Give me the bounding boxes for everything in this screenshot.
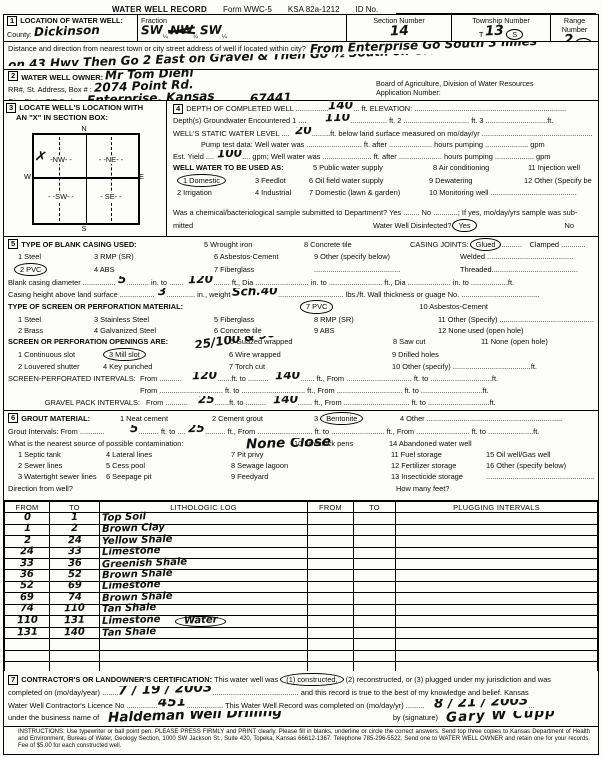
lith-description-value: Tan Shale [102,627,157,638]
screen-interval-to: 140 [275,372,300,382]
plugging-empty-cell [396,593,598,604]
zip-value: 67441 [250,92,292,101]
plugging-empty-cell [396,536,598,547]
interval-mid: .......ft. to .......... [215,397,273,408]
quadrant-ne: - -NE- - [98,156,124,164]
lith-to-value: 1 [71,513,78,522]
locator-title-2: AN "X" IN SECTION BOX: [6,113,164,122]
plugging-empty-cell [308,570,354,581]
lith-to-cell: 110 [50,604,100,615]
table-row: 131140Tan Shale [5,627,598,638]
gravel-interval-to: 140 [273,396,298,406]
use-option-10: 10 Monitoring well .....................… [429,187,592,198]
x-mark: ✗ [33,148,48,166]
screen-option-7-circled: 7 PVC [300,300,333,313]
material-option-6: 6 Concrete tile [214,325,314,336]
interval-blank-line: From ............................... ft.… [140,385,594,396]
joints-label: CASING JOINTS: [410,239,469,250]
plugging-empty-cell [396,513,598,524]
use-option-8: 8 Air conditioning [433,162,528,173]
section-box: N -NW- - - -NE- - - -SW- - - SE- - ✗ W E [6,124,156,233]
groundwater-label: Depth(s) Groundwater Encountered 1 .... [173,115,325,126]
contamination-option-15: 15 Oil well/Gas well [486,449,594,460]
form-body: 1LOCATION OF WATER WELL: County: Dickins… [3,14,599,755]
contamination-option-1: 1 Septic tank [18,449,106,460]
empty-cell [100,662,308,671]
compass-s: S [32,225,136,233]
casing-option-1: 1 Steel [18,251,94,262]
empty-cell [396,662,598,671]
lith-from-value: 24 [20,547,34,556]
lith-description-value: Limestone [102,546,161,557]
plugging-empty-cell [354,513,396,524]
lith-to-value: 110 [64,604,85,614]
plugging-empty-cell [354,524,396,535]
range-value: 2 [564,32,574,41]
square-vertical-line [86,135,87,223]
use-option-9: 9 Dewatering [429,175,524,186]
range-cell: Range Number R 2 EW [550,15,598,41]
quarter-mark: ¼ [163,34,168,40]
table-header-row: FROM TO LITHOLOGIC LOG FROM TO PLUGGING … [5,502,598,513]
quadrant-se: - SE- - [99,193,122,201]
header-to-2: TO [354,502,396,513]
dashed-line-left [59,137,60,221]
screen-option-10: 10 Asbestos-Cement [419,301,488,312]
fraction-sw1: SW [141,23,163,38]
grout-mid: .......... ft. to .... [138,426,188,437]
lith-description-value: Brown Shale [102,569,173,580]
casing-option-8: 8 Concrete tile [304,239,410,250]
table-row: 3336Greenish Shale [5,558,598,569]
lith-from-value: 74 [20,604,34,613]
distance-value-1: From Enterprise Go South 3 miles [310,42,537,54]
casing-title: TYPE OF BLANK CASING USED: [21,240,136,249]
lith-to-value: 24 [67,536,81,545]
plugging-empty-cell [354,593,396,604]
plugging-empty-cell [354,627,396,638]
contamination-option-16-blank: ........................................… [486,471,594,482]
lith-from-value: 33 [20,558,34,567]
city-value: Enterprise, Kansas [87,91,215,101]
height-mid: .............. in., weight [166,289,232,300]
constructed-circled: (1) constructed, [280,673,343,686]
contamination-option-3: 3 Watertight sewer lines [18,471,106,482]
joints-welded: Welded .................................… [460,251,594,262]
material-option-4: 4 Galvanized Steel [94,325,214,336]
openings-option-4: 4 Key punched [103,361,229,372]
openings-option-8: 8 Saw cut [393,336,481,347]
section-2-number: 2 [8,71,18,81]
empty-cell [50,662,100,671]
owner-title: WATER WELL OWNER: [21,73,103,82]
lith-from-value: 110 [16,616,37,626]
use-option-5: 5 Public water supply [313,162,433,173]
table-row: 3652Brown Shale [5,570,598,581]
grout-intervals-label: Grout Intervals: From ............ [8,426,130,437]
section-number-value: 14 [389,23,408,40]
certification-text-b: (2) reconstructed, or (3) plugged under … [346,674,594,685]
material-option-12: 12 None used (open hole) [438,325,594,336]
section-number-cell: Section Number 14 [346,15,451,41]
lith-to-value: 36 [67,558,81,567]
certification-text-a: This water well was [214,674,278,685]
completed-on-rest: ........................................… [212,687,594,698]
grout-option-1: 1 Neat cement [120,413,212,424]
openings-option-2: 2 Louvered shutter [18,361,103,372]
openings-option-3-circled: 3 Mill slot [103,348,229,361]
height-label: Casing height above land surface .......… [8,289,158,300]
plugging-empty-cell [308,547,354,558]
empty-cell [308,662,354,671]
weight-value: Sch.40 [232,288,278,298]
section-3-number: 3 [6,103,16,113]
range-r: R [557,39,562,41]
lith-from-value: 69 [20,593,34,602]
plugging-empty-cell [396,627,598,638]
interval-end: ....... ft., From ......................… [298,397,594,408]
lith-to-cell: 131 [50,615,100,627]
section-6-number: 6 [8,413,18,423]
township-cell: Township Number T 13 S [451,15,550,41]
disinfected-label: Water Well Disinfected? [373,220,451,231]
empty-cell [5,639,50,650]
licence-label: Water Well Contractor's Licence No .....… [8,700,158,711]
casing-option-3: 3 RMP (SR) [94,251,214,262]
openings-option-11: 11 None (open hole) [481,336,594,347]
lith-description-value: Limestone [102,615,161,626]
lith-from-cell: 52 [5,581,50,592]
quarter-mark: ¼ [193,34,198,40]
empty-cell [50,639,100,650]
empty-cell [50,650,100,661]
casing-option-9-blank: ........................................… [314,264,460,275]
section-location: 1LOCATION OF WATER WELL: County: Dickins… [4,15,598,70]
height-rest: ................................ lbs./ft… [278,289,594,300]
section-casing: 5TYPE OF BLANK CASING USED: 5 Wrought ir… [4,237,598,411]
plugging-empty-cell [354,581,396,592]
fraction-sw2: SW [200,23,222,38]
distance-direction: Distance and direction from nearest town… [4,42,598,69]
section-owner: 2WATER WELL OWNER: Mr Tom Diehl RR#, St.… [4,70,598,101]
plugging-empty-cell [308,627,354,638]
yield-label: Est. Yield .... [173,151,217,162]
contamination-option-5: 5 Cess pool [106,460,231,471]
locator-title-1: LOCATE WELL'S LOCATION WITH [19,103,143,112]
empty-cell [308,650,354,661]
table-row: 01Top Soil [5,513,598,524]
sample-question: Was a chemical/bacteriological sample su… [173,207,592,218]
header-from-2: FROM [308,502,354,513]
openings-option-9: 9 Drilled holes [392,349,594,360]
joints-clamped: Clamped ............ [529,239,594,250]
openings-option-6: 6 Wire wrapped [229,349,392,360]
form-id-label: ID No. [356,5,379,14]
grout-option-3-circled: 3 Bentonite [314,412,400,425]
lith-to-value: 2 [71,524,78,533]
diameter-value: 5 [118,276,127,285]
lith-description-value: Brown Shale [102,592,173,603]
plugging-empty-cell [354,536,396,547]
disinfected-yes: Yes [458,221,470,230]
section-location-depth-row: 3LOCATE WELL'S LOCATION WITH AN "X" IN S… [4,101,598,237]
lith-from-value: 131 [16,627,37,637]
sample-question-cont: mitted [173,220,373,231]
plugging-empty-cell [396,558,598,569]
yield-rest: .... gpm; Well water was ...............… [242,151,592,162]
business-name-value: Haldeman Well Drilling [108,711,328,724]
county-value: Dickinson [34,23,100,39]
use-option-4: 4 Industrial [255,187,309,198]
record-date-value: 8 / 21 / 2003 [434,699,529,710]
lith-from-value: 36 [20,570,34,579]
interval-from-label: From ........... [140,373,192,384]
gravel-intervals-label: GRAVEL PACK INTERVALS: [8,397,146,408]
plugging-empty-cell [308,593,354,604]
lith-description-value: Greenish Shale [102,557,187,569]
groundwater-value: 110 [325,114,350,124]
township-t: T [479,30,483,39]
plugging-empty-cell [396,570,598,581]
empty-cell [308,639,354,650]
application-number-label: Application Number: [376,88,594,97]
lith-from-cell: 24 [5,547,50,558]
disinfected-yes-circled: Yes [452,219,476,232]
lith-description-cell: Tan Shale [100,604,308,615]
casing-option-2: 2 PVC [20,265,41,274]
plugging-empty-cell [354,558,396,569]
section-5-number: 5 [8,239,18,249]
grout-rest: .......... ft., From ...................… [205,426,594,437]
water-well-record-form: WATER WELL RECORD Form WWC-5 KSA 82a-121… [0,0,602,757]
casing-option-6: 6 Asbestos-Cement [214,251,314,262]
direction-from-well-label: Direction from well? [8,483,396,494]
plugging-empty-cell [308,558,354,569]
lith-to-value: 140 [64,627,85,637]
material-option-5: 5 Fiberglass [214,314,314,325]
openings-option-1: 1 Continuous slot [18,349,103,360]
form-title-bar: WATER WELL RECORD Form WWC-5 KSA 82a-121… [0,0,602,14]
diameter-to-value: 120 [188,276,213,286]
lith-description-value: Brown Clay [102,523,165,534]
depth-value: 140 [328,102,353,112]
contamination-option-12: 12 Fertilizer storage [391,460,486,471]
compass-n: N [32,124,136,133]
plugging-empty-cell [308,581,354,592]
section-box-locator: 3LOCATE WELL'S LOCATION WITH AN "X" IN S… [4,101,167,236]
lith-from-cell: 74 [5,604,50,615]
empty-cell [5,650,50,661]
contamination-option-4: 4 Lateral lines [106,449,231,460]
elevation-label: ... ft. ELEVATION: .....................… [353,103,592,114]
casing-option-2-circled: 2 PVC [14,263,94,276]
joints-glued-circled: Glued [470,238,502,251]
grout-option-3-num: 3 [314,414,318,423]
fraction-nw-scratched: NW [170,23,194,38]
empty-cell [100,639,308,650]
material-option-8: 8 RMP (SR) [314,314,438,325]
empty-cell [354,639,396,650]
table-row: 74110Tan Shale [5,604,598,615]
table-row-empty [5,639,598,650]
static-level-label: WELL'S STATIC WATER LEVEL .... [173,128,295,139]
empty-cell [354,662,396,671]
lith-description-value: Top Soil [102,512,146,523]
lith-description-cell: Limestone [100,547,308,558]
lith-to-value: 69 [67,581,81,590]
record-completed-label: .................. This Water Well Recor… [186,700,434,711]
plugging-empty-cell [396,615,598,627]
contamination-option-14: 14 Abandoned water well [389,438,594,449]
empty-cell [396,639,598,650]
lith-from-value: 1 [23,524,30,533]
empty-cell [354,650,396,661]
range-e-circled: E [575,38,592,41]
plugging-empty-cell [308,604,354,615]
static-level-value: 20 [295,127,312,137]
township-s-circled: S [506,29,523,40]
diameter-label: Blank casing diameter ................ [8,277,118,288]
contamination-option-11: 11 Fuel storage [391,449,486,460]
owner-left: 2WATER WELL OWNER: Mr Tom Diehl RR#, St.… [4,70,372,100]
contamination-option-13: 13 Insecticide storage [391,471,486,482]
lith-from-value: 52 [20,581,34,590]
use-label: WELL WATER TO BE USED AS: [173,162,313,173]
lith-description-value: Tan Shale [102,603,157,614]
material-option-2: 2 Brass [18,325,94,336]
grout-option-2: 2 Cement grout [212,413,314,424]
board-line: Board of Agriculture, Division of Water … [376,79,594,88]
yield-value: 100 [217,150,242,160]
lith-to-value: 52 [67,570,81,579]
empty-cell [5,662,50,671]
lith-description-cell: LimestoneWater [100,615,308,627]
static-level-rest: .........ft. below land surface measured… [312,128,592,139]
material-option-9: 9 ABS [314,325,438,336]
empty-cell [396,650,598,661]
contamination-value: None Close [246,438,331,449]
groundwater-rest: .................. ft. 2 ...............… [350,115,592,126]
material-option-1: 1 Steel [18,314,94,325]
disinfected-no: No [565,220,574,231]
pump-test-line: Pump test data: Well water was .........… [201,139,592,150]
lith-description-value: Limestone [102,580,161,591]
table-row: 224Yellow Shale [5,536,598,547]
lith-to-value: 131 [64,616,85,626]
form-title: WATER WELL RECORD [112,5,207,14]
section-grout: 6GROUT MATERIAL: 1 Neat cement 2 Cement … [4,411,598,501]
lith-to-value: 74 [67,593,81,602]
lith-table-body: 01Top Soil12Brown Clay224Yellow Shale243… [5,513,598,671]
plugging-empty-cell [396,547,598,558]
use-option-1-circled: 1 Domestic [177,174,255,187]
section-7-number: 7 [8,675,18,685]
plugging-empty-cell [308,513,354,524]
use-option-1: 1 Domestic [183,176,220,185]
screen-interval-from: 120 [192,372,217,382]
plugging-empty-cell [354,615,396,627]
grout-to-value: 25 [188,425,205,435]
completed-on-label: completed on (mo/day/year) .............… [8,687,118,698]
openings-option-3: 3 Mill slot [109,350,140,359]
joints-glued: Glued [476,240,496,249]
certification-heading: CONTRACTOR'S OR LANDOWNER'S CERTIFICATIO… [21,674,212,685]
height-value: 3 [158,288,167,297]
header-plugging-intervals: PLUGGING INTERVALS [396,502,598,513]
fraction-cell: Fraction SW¼ NW¼ SW¼ [137,15,346,41]
use-option-7: 7 Domestic (lawn & garden) [309,187,429,198]
lith-to-cell: 140 [50,627,100,638]
section-certification: 7 CONTRACTOR'S OR LANDOWNER'S CERTIFICAT… [4,671,598,751]
quarter-mark: ¼ [222,34,227,40]
dashed-line-right [111,137,112,221]
use-option-12: 12 Other (Specify below) [524,175,592,186]
table-row: 2433Limestone [5,547,598,558]
table-row: 110131LimestoneWater [5,615,598,627]
county-cell: 1LOCATION OF WATER WELL: County: Dickins… [4,15,137,41]
joints-threaded: Threaded................................… [460,264,594,275]
lith-from-cell: 131 [5,627,50,638]
casing-option-5: 5 Wrought iron [204,239,304,250]
screen-option-7: 7 PVC [306,302,327,311]
location-row: 1LOCATION OF WATER WELL: County: Dickins… [4,15,598,42]
empty-cell [100,650,308,661]
address-label: RR#, St. Address, Box # : [8,85,92,94]
owner-right: Board of Agriculture, Division of Water … [372,70,598,100]
range-label: Range Number [554,16,595,34]
contamination-option-7: 7 Pit privy [231,449,391,460]
lith-description-cell: Greenish Shale [100,558,308,569]
use-option-2: 2 Irrigation [177,187,255,198]
gravel-interval-from: 25 [198,396,215,406]
screen-intervals-label: SCREEN-PERFORATED INTERVALS: [8,373,140,384]
openings-option-7: 7 Torch cut [229,361,392,372]
table-row-empty [5,662,598,671]
plugging-empty-cell [308,536,354,547]
grout-from-value: 5 [130,425,139,434]
compass-e: E [139,172,144,181]
contamination-option-2: 2 Sewer lines [18,460,106,471]
openings-option-10: 10 Other (specify) .....................… [392,361,594,372]
openings-title: SCREEN OR PERFORATION OPENINGS ARE: [8,336,190,347]
contamination-option-16: 16 Other (specify below) [486,460,594,471]
lith-to-cell: 33 [50,547,100,558]
lith-to-value: 33 [67,547,81,556]
lith-from-cell: 110 [5,615,50,627]
lith-description-value: Yellow Shale [102,535,173,546]
screen-material-title: TYPE OF SCREEN OR PERFORATION MATERIAL: [8,301,300,312]
plugging-empty-cell [354,547,396,558]
depth-label: DEPTH OF COMPLETED WELL ................… [186,103,328,114]
grout-title: GROUT MATERIAL: [21,414,90,423]
township-value: 13 [485,23,504,40]
section-square: -NW- - - -NE- - - -SW- - - SE- - ✗ [32,133,140,225]
township-s: S [512,30,517,39]
plugging-empty-cell [396,581,598,592]
lith-description-cell: Tan Shale [100,627,308,638]
section-1-number: 1 [7,16,17,26]
section-4-number: 4 [173,104,183,114]
form-id-blank [396,4,596,14]
distance-value-2: on 43 Hwy Then Go 2 East on Gravel & The… [8,54,458,65]
table-row: 12Brown Clay [5,524,598,535]
completed-date-value: 7 / 19 / 2003 [118,686,213,697]
use-option-3: 3 Feedlot [255,175,309,186]
use-option-6: 6 Oil field water supply [309,175,429,186]
diameter-rest: ........ ft., Dia ......................… [213,277,594,288]
plugging-empty-cell [396,524,598,535]
use-option-11: 11 Injection well [528,162,592,173]
